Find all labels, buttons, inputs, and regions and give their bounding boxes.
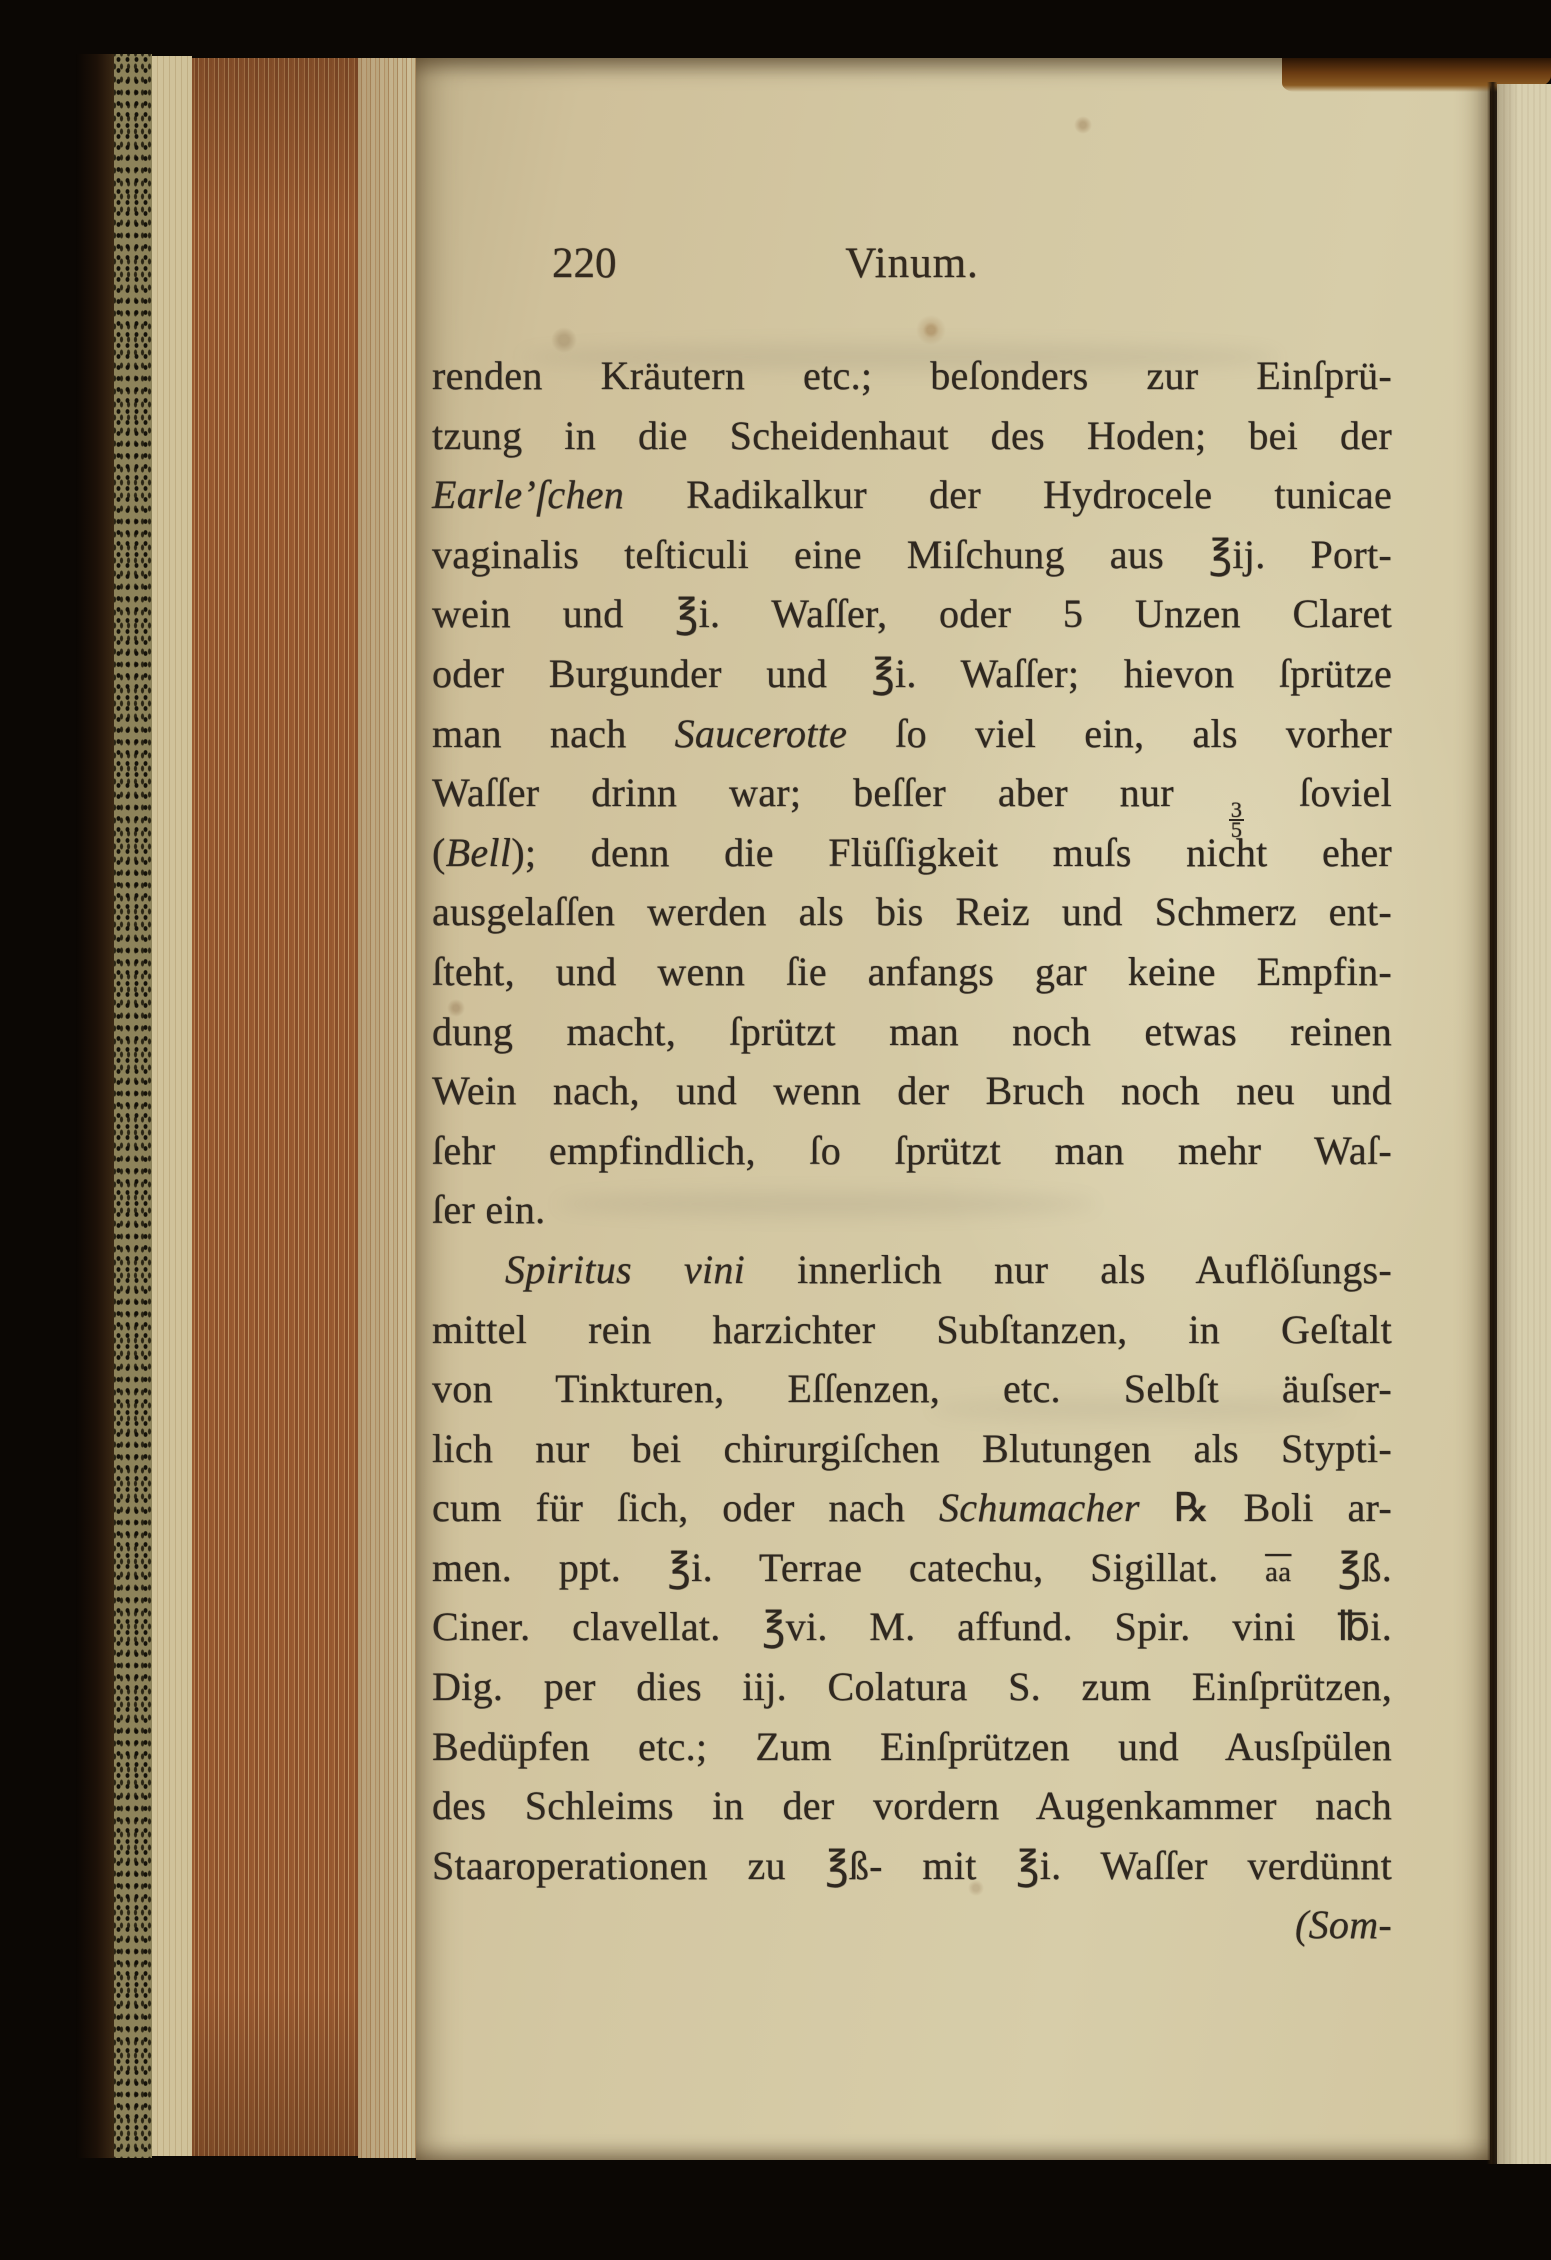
text-segment: ℥ß.: [1291, 1545, 1392, 1590]
text-segment: (Som-: [1295, 1902, 1392, 1947]
body-text-line: Earle’ſchen Radikalkur der Hydrocele tun…: [432, 465, 1392, 525]
body-text-line: ausgelaſſen werden als bis Reiz und Schm…: [432, 882, 1392, 942]
speckled-edge-band: [114, 54, 152, 2158]
text-segment: ℞ Boli ar-: [1140, 1485, 1392, 1530]
body-text-line: ſer ein.: [432, 1180, 1392, 1240]
text-segment: Bell: [446, 830, 512, 875]
running-title: Vinum.: [432, 234, 1392, 294]
body-text-line: dung macht, ſprützt man noch etwas reine…: [432, 1002, 1392, 1062]
body-text-line: ſteht, und wenn ſie anfangs gar keine Em…: [432, 942, 1392, 1002]
text-segment: man nach: [432, 711, 675, 756]
body-text-line: Waſſer drinn war; beſſer aber nur 35 ſov…: [432, 763, 1392, 823]
body-text-line: des Schleims in der vordern Augenkammer …: [432, 1776, 1392, 1836]
text-segment: ſo viel ein, als vorher: [847, 711, 1392, 756]
text-segment: Spiritus vini: [505, 1247, 745, 1292]
text-segment: innerlich nur als Auflöſungs-: [745, 1247, 1392, 1292]
body-text-line: Wein nach, und wenn der Bruch noch neu u…: [432, 1061, 1392, 1121]
page-header: 220 Vinum.: [432, 234, 1392, 294]
body-text-line: Bedüpfen etc.; Zum Einſprützen und Ausſp…: [432, 1717, 1392, 1777]
text-segment: mittel rein harzichter Subſtanzen, in Ge…: [432, 1307, 1392, 1352]
text-segment: ſehr empfindlich, ſo ſprützt man mehr Wa…: [432, 1128, 1392, 1173]
text-segment: Earle’ſchen: [432, 472, 624, 517]
text-segment: Staaroperationen zu ℥ß- mit ℥i. Waſſer v…: [432, 1843, 1392, 1888]
text-segment: Saucerotte: [675, 711, 848, 756]
body-text-line: ſehr empfindlich, ſo ſprützt man mehr Wa…: [432, 1121, 1392, 1181]
text-segment: ſoviel: [1247, 770, 1392, 815]
body-text-line: Ciner. clavellat. ℥vi. M. affund. Spir. …: [432, 1597, 1392, 1657]
cream-edge-band: [152, 56, 192, 2156]
body-text-line: men. ppt. ℥i. Terrae catechu, Sigillat. …: [432, 1538, 1392, 1598]
text-segment: (: [432, 830, 446, 875]
text-segment: cum für ſich, oder nach: [432, 1485, 939, 1530]
text-segment: von Tinkturen, Eſſenzen, etc. Selbſt äuſ…: [432, 1366, 1392, 1411]
text-segment: lich nur bei chirurgiſchen Blutungen als…: [432, 1426, 1392, 1471]
text-segment: ſteht, und wenn ſie anfangs gar keine Em…: [432, 949, 1392, 994]
catchword-line: (Som-: [432, 1895, 1392, 1955]
text-segment: Radikalkur der Hydrocele tunicae: [624, 472, 1392, 517]
body-text-line: von Tinkturen, Eſſenzen, etc. Selbſt äuſ…: [432, 1359, 1392, 1419]
body-text-line: lich nur bei chirurgiſchen Blutungen als…: [432, 1419, 1392, 1479]
text-segment: aa: [1265, 1556, 1291, 1588]
text-segment: Bedüpfen etc.; Zum Einſprützen und Ausſp…: [432, 1724, 1392, 1769]
text-segment: ſer ein.: [432, 1187, 545, 1232]
text-segment: oder Burgunder und ℥i. Waſſer; hievon ſp…: [432, 651, 1392, 696]
body-text-line: Spiritus vini innerlich nur als Auflöſun…: [432, 1240, 1392, 1300]
fore-edge-rust-striations: [192, 58, 358, 2156]
text-segment: des Schleims in der vordern Augenkammer …: [432, 1783, 1392, 1828]
page-crease: [1487, 82, 1497, 2164]
body-text-line: (Bell); denn die Flüſſigkeit muſs nicht …: [432, 823, 1392, 883]
body-text-line: cum für ſich, oder nach Schumacher ℞ Bol…: [432, 1478, 1392, 1538]
adjacent-page-edge: [1497, 84, 1551, 2164]
body-text-line: wein und ℥i. Waſſer, oder 5 Unzen Claret: [432, 584, 1392, 644]
text-segment: Ciner. clavellat. ℥vi. M. affund. Spir. …: [432, 1604, 1392, 1649]
text-segment: ); denn die Flüſſigkeit muſs nicht eher: [511, 830, 1392, 875]
text-segment: tzung in die Scheidenhaut des Hoden; bei…: [432, 413, 1392, 458]
book-edge-shadow: [76, 54, 114, 2158]
text-segment: Waſſer drinn war; beſſer aber nur: [432, 770, 1226, 815]
fore-edge-fade-striations: [358, 58, 420, 2158]
body-text-line: tzung in die Scheidenhaut des Hoden; bei…: [432, 406, 1392, 466]
text-segment: renden Kräutern etc.; beſonders zur Einſ…: [432, 353, 1392, 398]
body-text-line: oder Burgunder und ℥i. Waſſer; hievon ſp…: [432, 644, 1392, 704]
body-text-line: mittel rein harzichter Subſtanzen, in Ge…: [432, 1300, 1392, 1360]
body-text-line: Staaroperationen zu ℥ß- mit ℥i. Waſſer v…: [432, 1836, 1392, 1896]
body-text-line: renden Kräutern etc.; beſonders zur Einſ…: [432, 346, 1392, 406]
text-segment: Schumacher: [939, 1485, 1140, 1530]
text-segment: Dig. per dies iij. Colatura S. zum Einſp…: [432, 1664, 1392, 1709]
body-text-line: Dig. per dies iij. Colatura S. zum Einſp…: [432, 1657, 1392, 1717]
text-segment: wein und ℥i. Waſſer, oder 5 Unzen Claret: [432, 591, 1392, 636]
text-segment: ausgelaſſen werden als bis Reiz und Schm…: [432, 889, 1392, 934]
book-scan: { "header": { "page_number": "220", "run…: [0, 0, 1551, 2260]
text-segment: vaginalis teſticuli eine Miſchung aus ℥i…: [432, 532, 1392, 577]
body-text-line: vaginalis teſticuli eine Miſchung aus ℥i…: [432, 525, 1392, 585]
text-segment: dung macht, ſprützt man noch etwas reine…: [432, 1009, 1392, 1054]
body-text-line: man nach Saucerotte ſo viel ein, als vor…: [432, 704, 1392, 764]
text-block: renden Kräutern etc.; beſonders zur Einſ…: [432, 346, 1392, 1955]
text-segment: men. ppt. ℥i. Terrae catechu, Sigillat.: [432, 1545, 1265, 1590]
text-segment: Wein nach, und wenn der Bruch noch neu u…: [432, 1068, 1392, 1113]
